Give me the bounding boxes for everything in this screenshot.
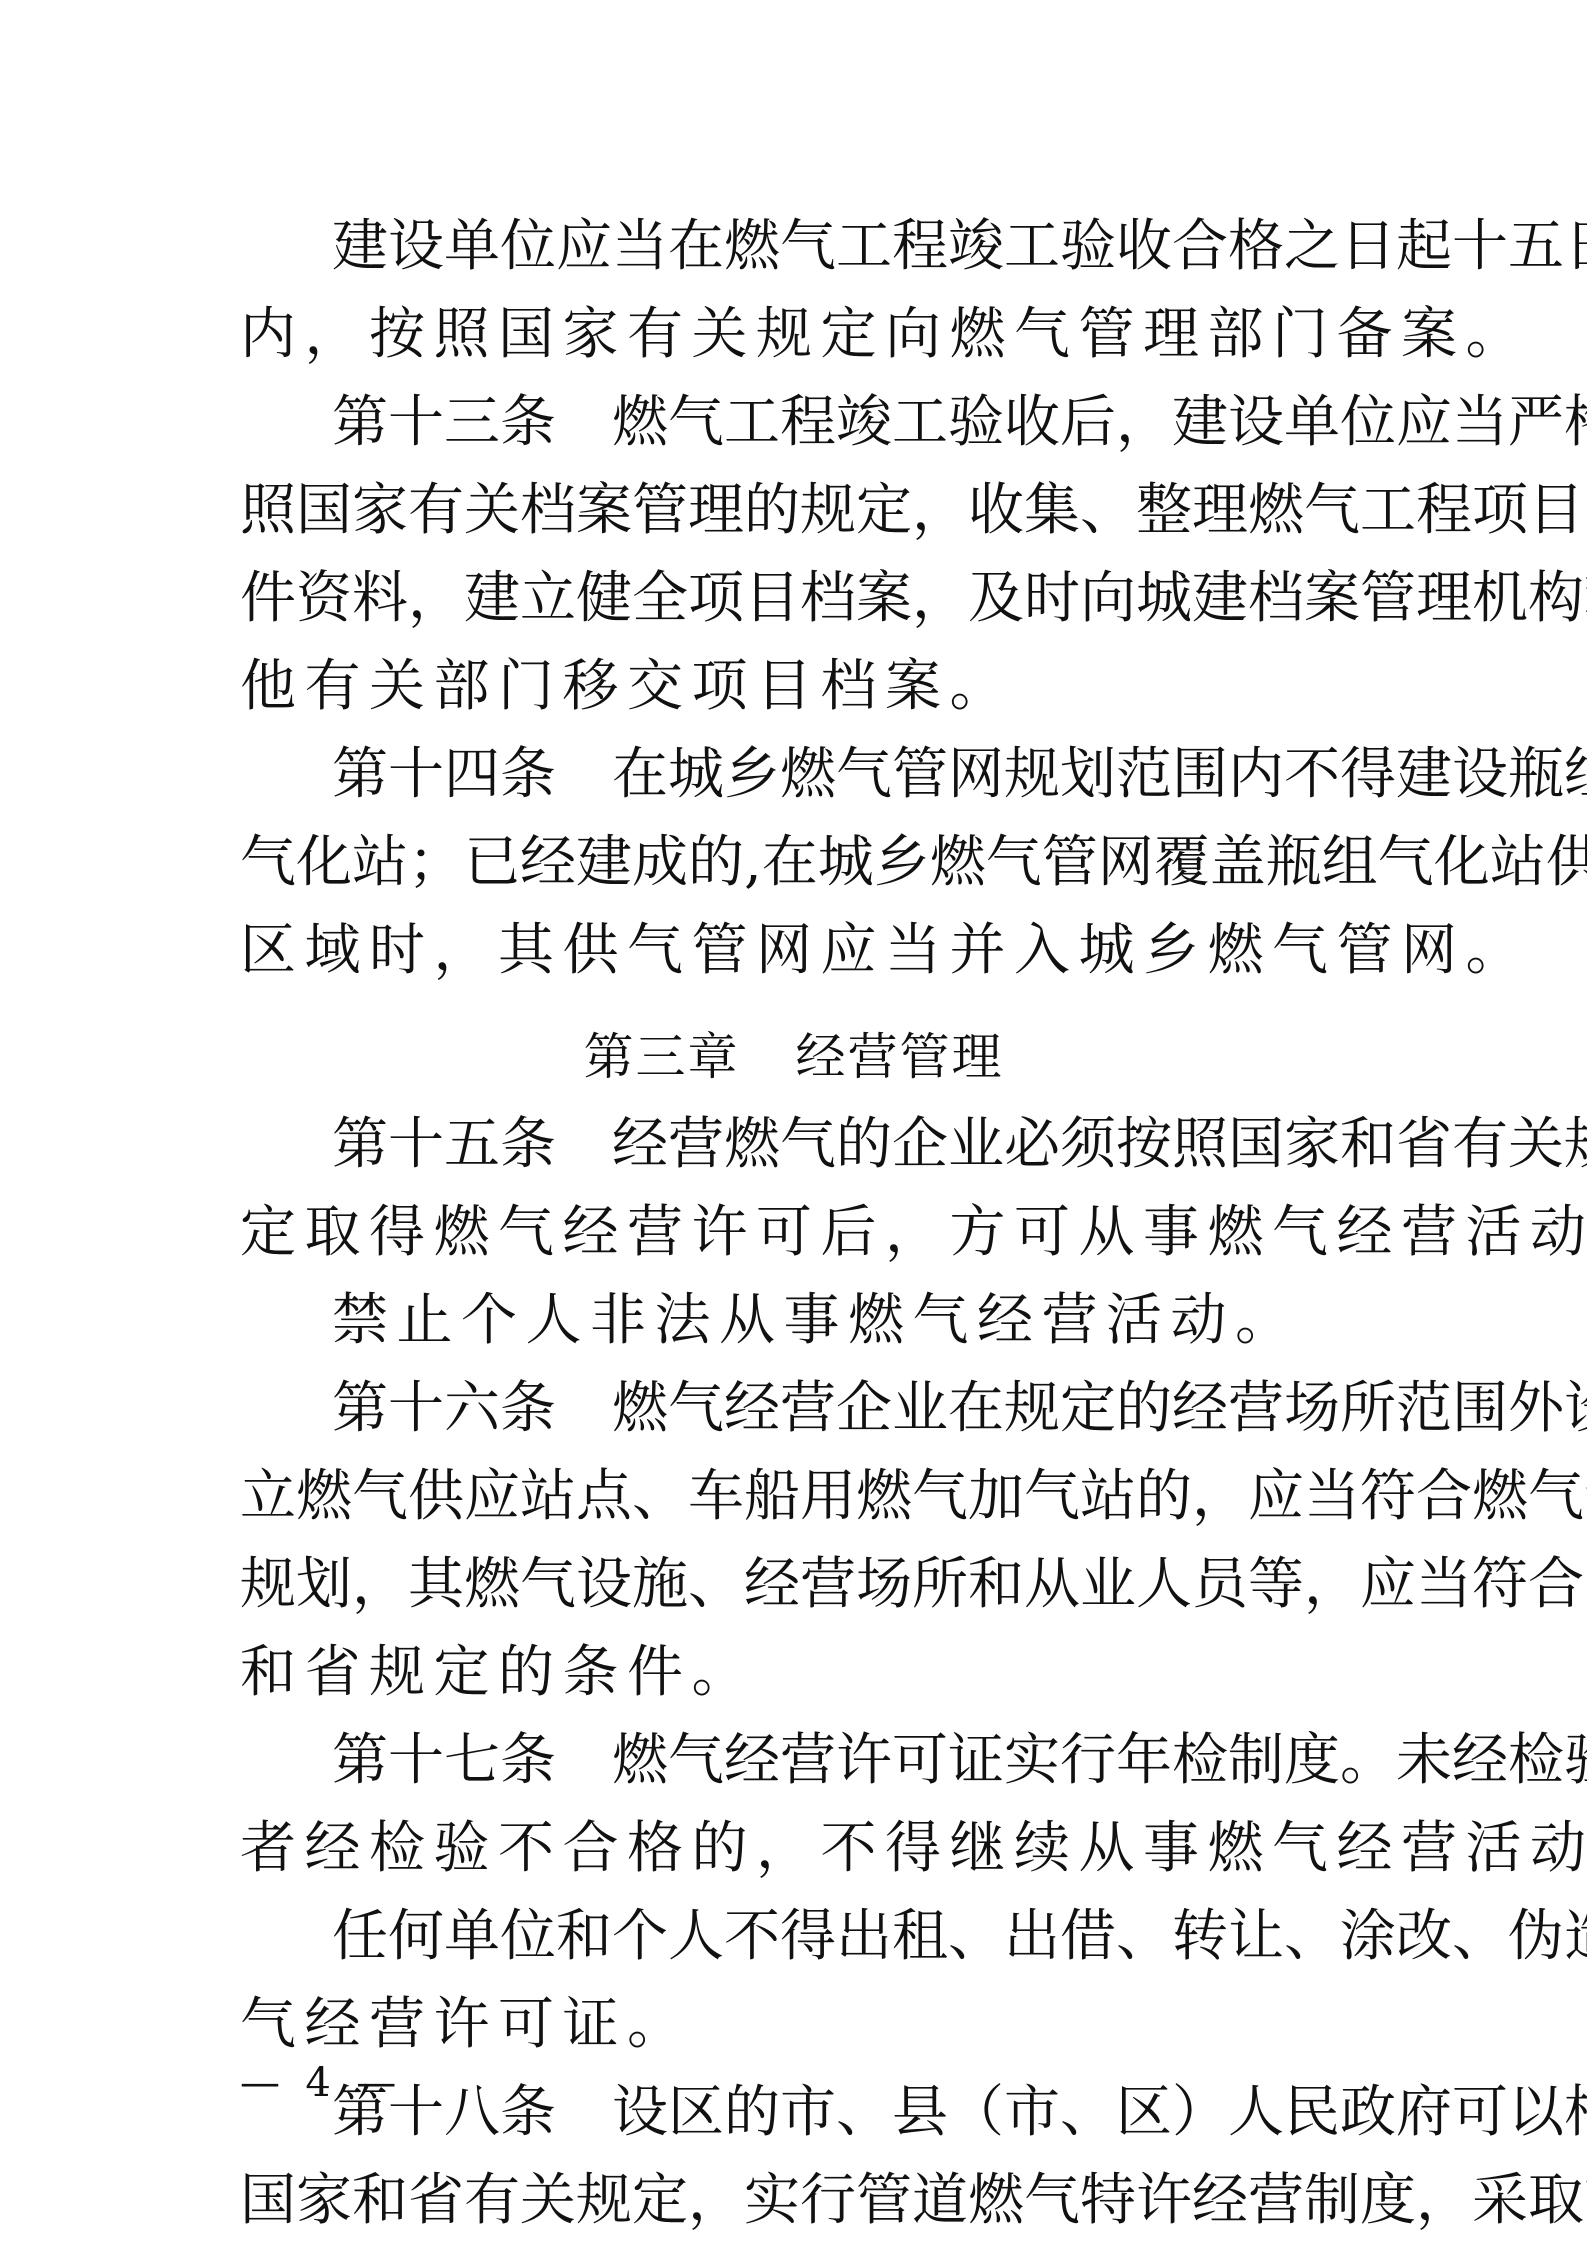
article-14-line: 第十四条 在城乡燃气管网规划范围内不得建设瓶组	[332, 740, 1350, 810]
page-number: — 4 —	[240, 2058, 396, 2108]
paragraph-line: 定取得燃气经营许可后，方可从事燃气经营活动。	[240, 1198, 1350, 1268]
paragraph-line: 任何单位和个人不得出租、出借、转让、涂改、伪造燃	[332, 1902, 1350, 1972]
chapter-heading: 第三章经营管理	[0, 1022, 1587, 1092]
paragraph-line: 区域时，其供气管网应当并入城乡燃气管网。	[240, 916, 1350, 986]
article-13-line: 第十三条 燃气工程竣工验收后，建设单位应当严格按	[332, 388, 1350, 458]
paragraph-line: 建设单位应当在燃气工程竣工验收合格之日起十五日	[332, 212, 1350, 282]
chapter-title: 经营管理	[796, 1028, 1004, 1086]
paragraph-line: 内，按照国家有关规定向燃气管理部门备案。	[240, 300, 1350, 370]
paragraph-line: 国家和省有关规定，实行管道燃气特许经营制度，采取市场	[240, 2166, 1350, 2236]
paragraph-line: 件资料，建立健全项目档案，及时向城建档案管理机构和其	[240, 564, 1350, 634]
paragraph-line: 他有关部门移交项目档案。	[240, 652, 1350, 722]
paragraph-line: 规划，其燃气设施、经营场所和从业人员等，应当符合国家	[240, 1550, 1350, 1620]
paragraph-line: 立燃气供应站点、车船用燃气加气站的，应当符合燃气专项	[240, 1462, 1350, 1532]
paragraph-line: 禁止个人非法从事燃气经营活动。	[332, 1286, 1350, 1356]
paragraph-line: 者经检验不合格的，不得继续从事燃气经营活动。	[240, 1814, 1350, 1884]
paragraph-line: 气经营许可证。	[240, 1990, 1350, 2060]
chapter-number: 第三章	[584, 1028, 740, 1086]
article-16-line: 第十六条 燃气经营企业在规定的经营场所范围外设	[332, 1374, 1350, 1444]
article-18-line: 第十八条 设区的市、县（市、区）人民政府可以根据	[332, 2078, 1350, 2148]
article-15-line: 第十五条 经营燃气的企业必须按照国家和省有关规	[332, 1110, 1350, 1180]
paragraph-line: 照国家有关档案管理的规定，收集、整理燃气工程项目的文	[240, 476, 1350, 546]
article-17-line: 第十七条 燃气经营许可证实行年检制度。未经检验或	[332, 1726, 1350, 1796]
paragraph-line: 和省规定的条件。	[240, 1638, 1350, 1708]
document-page: 建设单位应当在燃气工程竣工验收合格之日起十五日 内，按照国家有关规定向燃气管理部…	[0, 0, 1587, 2245]
paragraph-line: 气化站；已经建成的,在城乡燃气管网覆盖瓶组气化站供气	[240, 828, 1350, 898]
